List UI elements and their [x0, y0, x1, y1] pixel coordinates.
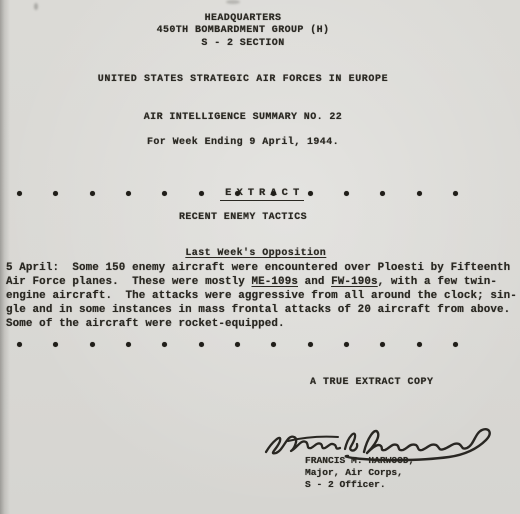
- body-text: and: [298, 276, 331, 288]
- signer-name: FRANCIS M. HARWOOD,: [305, 455, 414, 466]
- true-extract-copy-label: A TRUE EXTRACT COPY: [310, 377, 434, 388]
- asterisk-dot: [235, 191, 240, 196]
- asterisk-dot: [380, 191, 385, 196]
- asterisk-dot: [271, 191, 276, 196]
- body-line: gle and in some instances in mass fronta…: [6, 304, 516, 318]
- asterisk-dot: [53, 342, 58, 347]
- letterhead-section: S - 2 SECTION: [0, 38, 486, 49]
- asterisk-dot: [235, 342, 240, 347]
- asterisk-separator-bottom: [17, 341, 458, 347]
- asterisk-dot: [162, 191, 167, 196]
- asterisk-dot: [17, 342, 22, 347]
- body-line: Some of the aircraft were rocket-equippe…: [6, 318, 516, 332]
- signer-title: S - 2 Officer.: [305, 479, 386, 490]
- body-text: , with a few twin-: [378, 276, 497, 288]
- section-subheading-text: Last Week's Opposition: [185, 248, 326, 259]
- week-ending-line: For Week Ending 9 April, 1944.: [0, 137, 486, 148]
- document-page: HEADQUARTERS 450TH BOMBARDMENT GROUP (H)…: [0, 0, 520, 514]
- asterisk-dot: [271, 342, 276, 347]
- letterhead-headquarters: HEADQUARTERS: [0, 13, 486, 24]
- asterisk-dot: [344, 342, 349, 347]
- asterisk-dot: [53, 191, 58, 196]
- body-paragraph: 5 April: Some 150 enemy aircraft were en…: [6, 262, 516, 332]
- asterisk-dot: [344, 191, 349, 196]
- asterisk-dot: [162, 342, 167, 347]
- aircraft-fw190: FW-190s: [331, 276, 377, 288]
- asterisk-dot: [90, 191, 95, 196]
- body-line: 5 April: Some 150 enemy aircraft were en…: [6, 262, 516, 276]
- asterisk-dot: [308, 342, 313, 347]
- asterisk-dot: [126, 191, 131, 196]
- section-heading: RECENT ENEMY TACTICS: [0, 212, 486, 223]
- signer-rank: Major, Air Corps,: [305, 467, 403, 478]
- body-text: Air Force planes. These were mostly: [6, 276, 252, 288]
- asterisk-dot: [380, 342, 385, 347]
- asterisk-dot: [199, 342, 204, 347]
- asterisk-dot: [417, 342, 422, 347]
- asterisk-dot: [453, 191, 458, 196]
- asterisk-dot: [199, 191, 204, 196]
- asterisk-dot: [417, 191, 422, 196]
- asterisk-separator-top: [17, 190, 458, 196]
- asterisk-dot: [308, 191, 313, 196]
- asterisk-dot: [453, 342, 458, 347]
- scan-smudge: [226, 0, 240, 4]
- asterisk-dot: [90, 342, 95, 347]
- aircraft-me109: ME-109s: [252, 276, 298, 288]
- summary-title: AIR INTELLIGENCE SUMMARY NO. 22: [0, 112, 486, 123]
- scan-smudge: [34, 3, 38, 10]
- asterisk-dot: [17, 191, 22, 196]
- body-line: Air Force planes. These were mostly ME-1…: [6, 276, 516, 290]
- organization-title: UNITED STATES STRATEGIC AIR FORCES IN EU…: [0, 74, 486, 85]
- asterisk-dot: [126, 342, 131, 347]
- letterhead-group: 450TH BOMBARDMENT GROUP (H): [0, 25, 486, 36]
- body-line: engine aircraft. The attacks were aggres…: [6, 290, 516, 304]
